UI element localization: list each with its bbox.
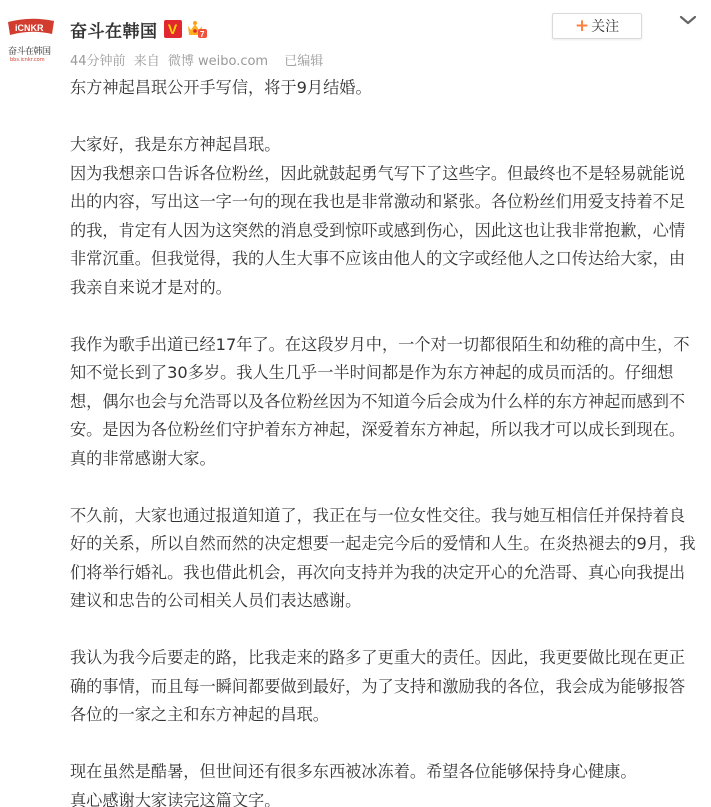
vip-crown-icon[interactable]: 7	[186, 20, 208, 38]
post-title: 东方神起昌珉公开手写信，将于9月结婚。	[70, 74, 700, 103]
post-content: 东方神起昌珉公开手写信，将于9月结婚。 大家好，我是东方神起昌珉。 因为我想亲口…	[70, 74, 700, 807]
paragraph-4: 我认为我今后要走的路，比我走来的路多了更重大的责任。因此，我更要做比现在更正确的…	[70, 644, 700, 730]
paragraph-1: 因为我想亲口告诉各位粉丝，因此就鼓起勇气写下了这些字。但最终也不是轻易就能说出的…	[70, 160, 700, 303]
avatar-url-text: bbs.icnkr.com	[10, 57, 45, 63]
avatar[interactable]: iCNKR 奋斗在韩国 bbs.icnkr.com	[4, 14, 58, 68]
follow-button[interactable]: + 关注	[552, 13, 642, 39]
plus-icon: +	[575, 16, 589, 36]
paragraph-2: 我作为歌手出道已经17年了。在这段岁月中，一个对一切都很陌生和幼稚的高中生，不知…	[70, 331, 700, 474]
post-meta: 44分钟前 来自 微博 weibo.com 已编辑	[70, 50, 327, 69]
paragraph-greeting: 大家好，我是东方神起昌珉。	[70, 131, 700, 160]
edited-label[interactable]: 已编辑	[284, 54, 323, 69]
user-name-link[interactable]: 奋斗在韩国	[70, 17, 158, 42]
icnkr-logo-icon: iCNKR	[6, 16, 56, 38]
avatar-caption: 奋斗在韩国	[8, 44, 51, 57]
post-time-link[interactable]: 44分钟前	[70, 54, 126, 69]
follow-label: 关注	[591, 16, 619, 36]
source-prefix: 来自	[134, 54, 160, 69]
paragraph-closing: 真心感谢大家读完这篇文字。	[70, 787, 700, 807]
source-link[interactable]: 微博 weibo.com	[168, 54, 268, 69]
post-header: 奋斗在韩国 V 7	[70, 14, 208, 44]
svg-text:iCNKR: iCNKR	[15, 23, 44, 33]
paragraph-5: 现在虽然是酷暑，但世间还有很多东西被冰冻着。希望各位能够保持身心健康。	[70, 758, 700, 787]
svg-text:7: 7	[200, 30, 205, 38]
paragraph-3: 不久前，大家也通过报道知道了，我正在与一位女性交往。我与她互相信任并保持着良好的…	[70, 502, 700, 616]
chevron-down-icon	[676, 10, 700, 30]
more-options-button[interactable]	[676, 10, 700, 30]
verified-badge-icon[interactable]: V	[164, 20, 182, 38]
